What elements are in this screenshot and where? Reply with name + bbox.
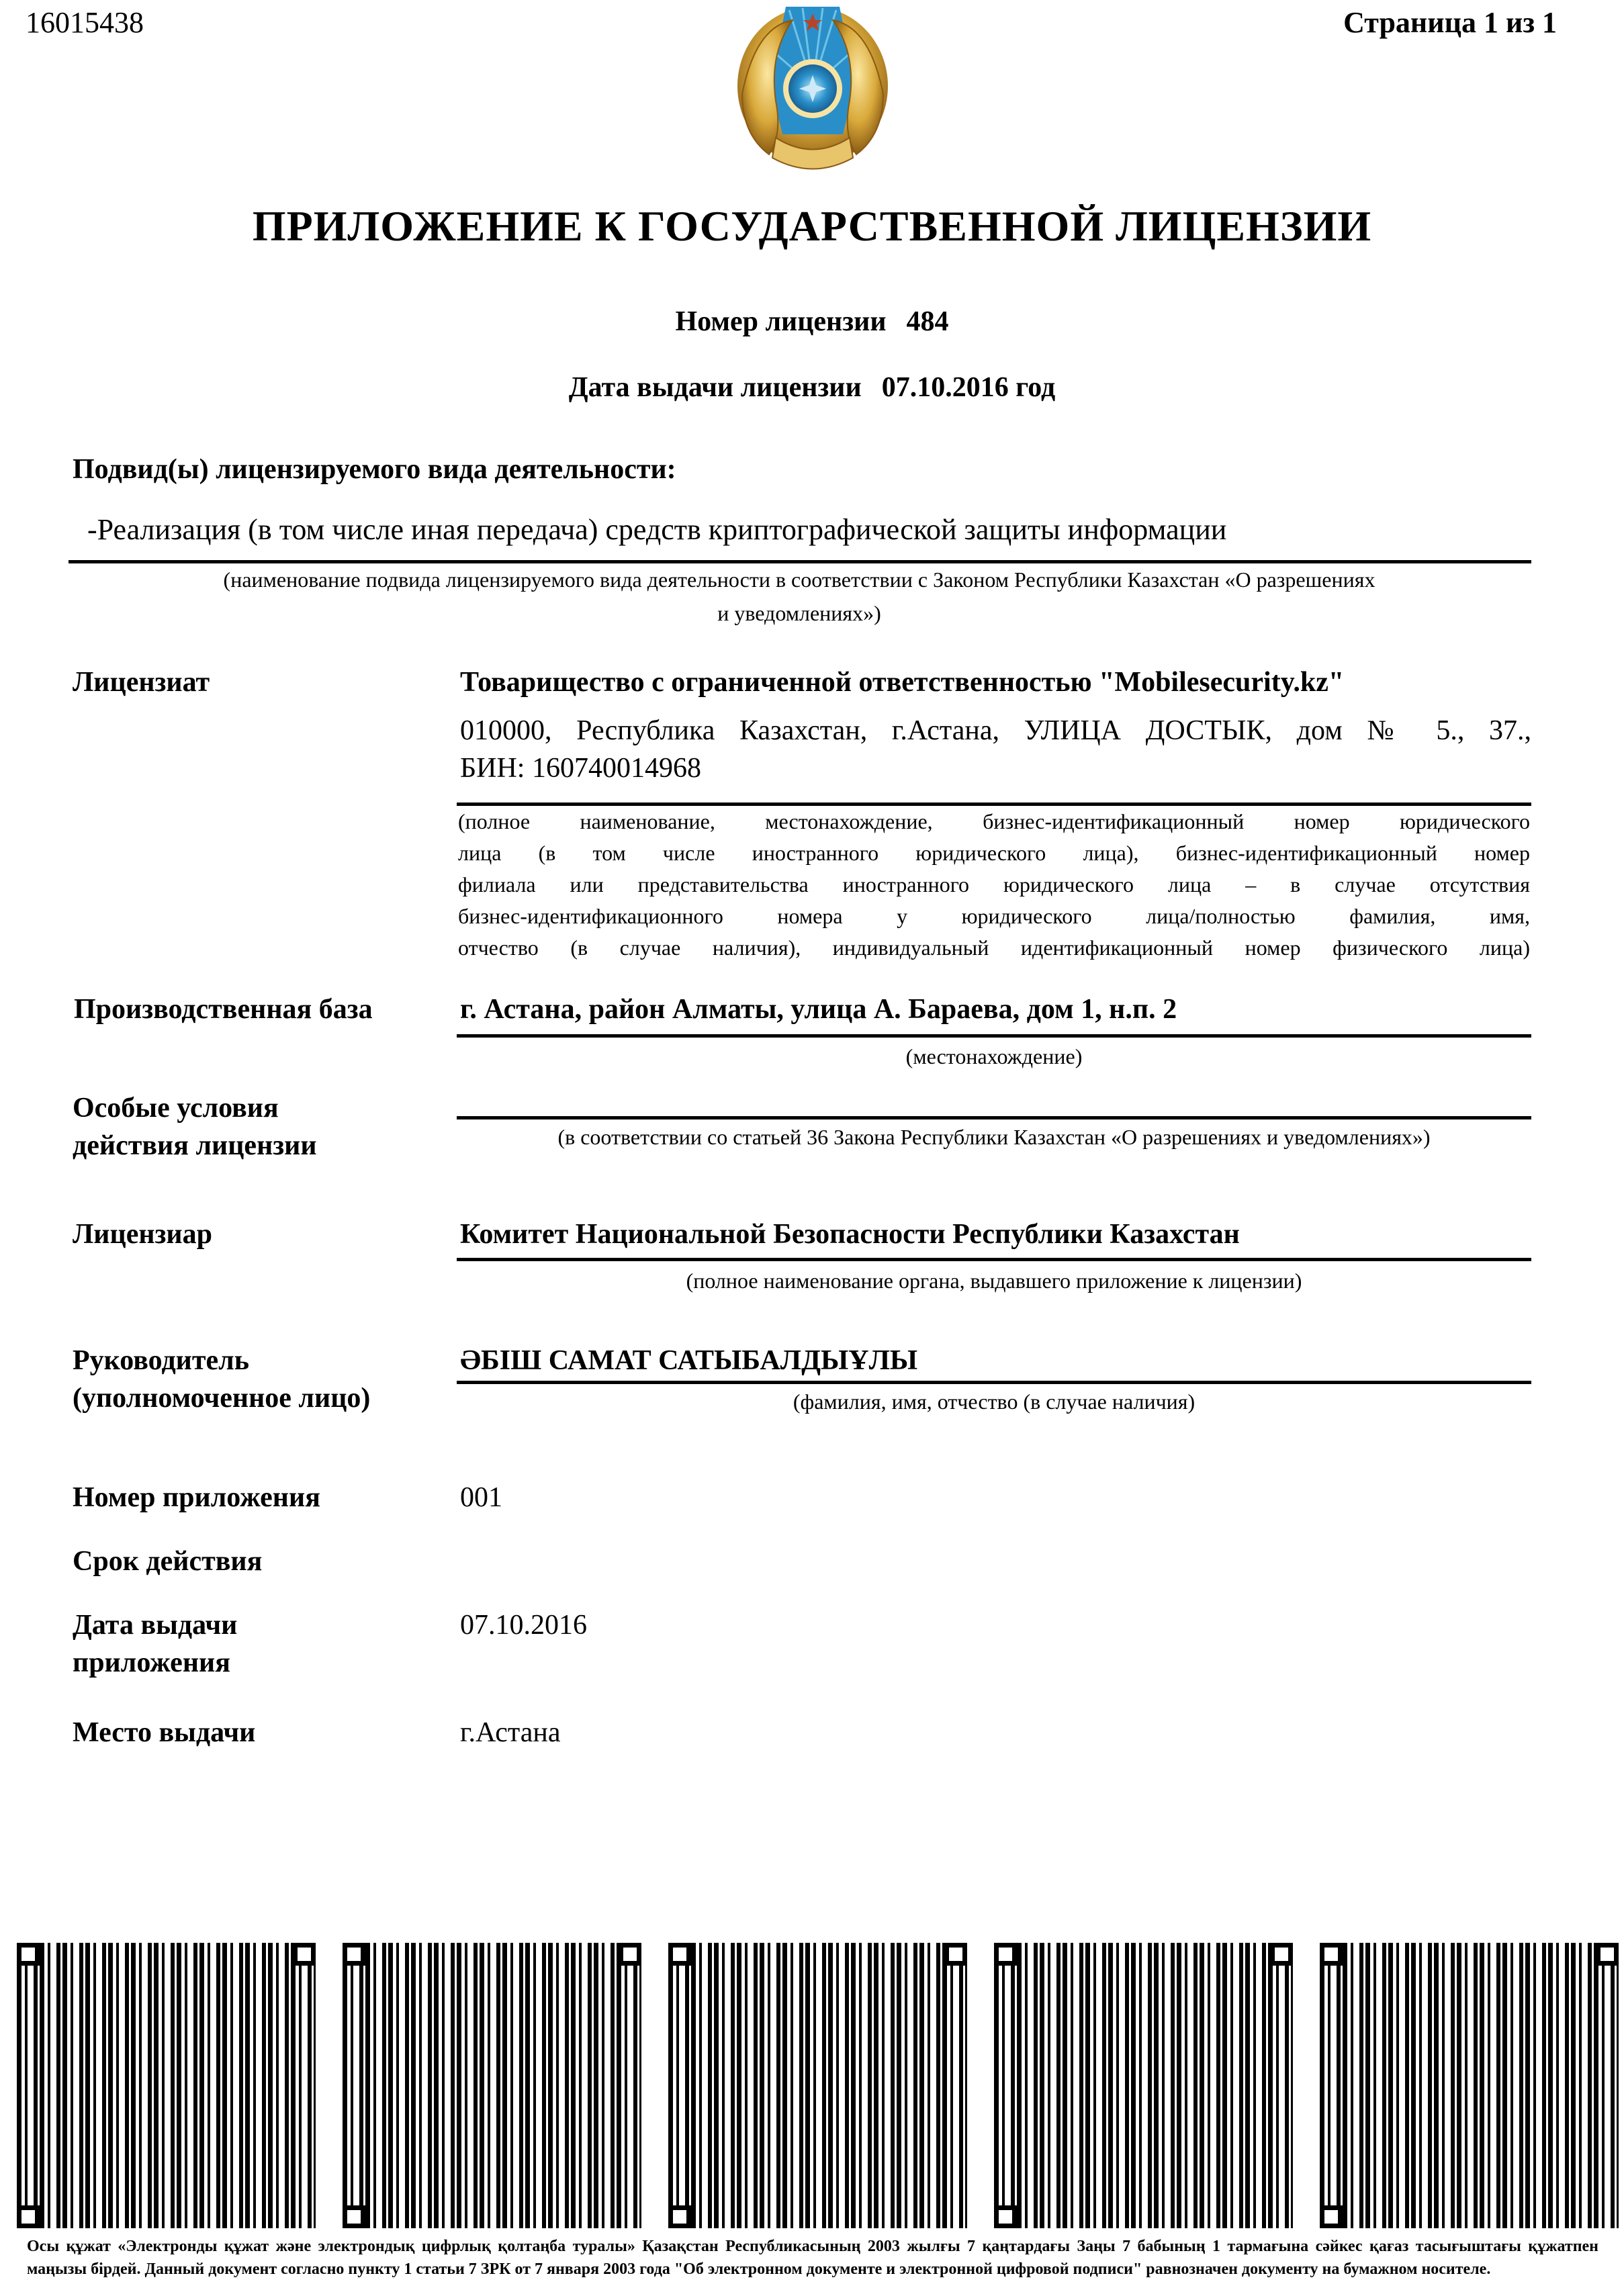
special-conditions-label-line2: действия лицензии [73,1127,317,1164]
production-base-caption: (местонахождение) [457,1040,1531,1073]
production-base-label: Производственная база [74,991,373,1028]
licensor-value: Комитет Национальной Безопасности Респуб… [460,1216,1240,1253]
qr-code-4 [994,1943,1293,2228]
document-id: 16015438 [26,5,144,40]
licensee-bin: БИН: 160740014968 [460,749,701,787]
qr-finder-pattern [668,2205,691,2228]
page-title: ПРИЛОЖЕНИЕ К ГОСУДАРСТВЕННОЙ ЛИЦЕНЗИИ [0,201,1624,251]
qr-code-3 [668,1943,967,2228]
annex-date-label-line1: Дата выдачи [73,1606,237,1644]
annex-term-label: Срок действия [73,1543,262,1580]
annex-place-value: г.Астана [460,1714,561,1751]
licensee-caption-line: филиала или представительства иностранно… [458,869,1530,901]
footer-legal-line2: маңызы бірдей. Данный документ согласно … [27,2258,1598,2281]
annex-date-label: Дата выдачи приложения [73,1606,237,1682]
divider [457,1034,1531,1038]
footer-legal-line1: Осы құжат «Электронды құжат және электро… [27,2235,1598,2258]
divider [457,1381,1531,1384]
special-conditions-label: Особые условия действия лицензии [73,1089,317,1164]
state-emblem-icon [729,0,897,181]
annex-place-label: Место выдачи [73,1714,255,1751]
head-label-line1: Руководитель [73,1342,370,1379]
head-label-line2: (уполномоченное лицо) [73,1379,370,1417]
qr-finder-pattern [994,2205,1017,2228]
subtypes-heading: Подвид(ы) лицензируемого вида деятельнос… [73,453,676,486]
licensee-caption-line: лица (в том числе иностранного юридическ… [458,837,1530,869]
licensee-address: 010000, Республика Казахстан, г.Астана, … [460,712,1531,749]
bullet: - [87,513,97,546]
licensee-label: Лицензиат [73,663,210,701]
qr-finder-pattern [17,2205,40,2228]
head-label: Руководитель (уполномоченное лицо) [73,1342,370,1417]
qr-code-5 [1320,1943,1619,2228]
production-base-value: г. Астана, район Алматы, улица А. Бараев… [460,991,1177,1028]
annex-number-label: Номер приложения [73,1479,320,1516]
licensee-caption-line: (полное наименование, местонахождение, б… [458,806,1530,837]
qr-code-1 [17,1943,316,2228]
license-number-value: 484 [907,306,949,337]
qr-code-2 [343,1943,641,2228]
annex-date-value: 07.10.2016 [460,1606,587,1644]
license-date-label: Дата выдачи лицензии [569,372,862,403]
annex-number-value: 001 [460,1479,502,1516]
license-number-row: Номер лицензии484 [0,306,1624,338]
annex-date-label-line2: приложения [73,1644,237,1682]
license-date-value: 07.10.2016 год [882,372,1056,403]
licensee-name: Товарищество с ограниченной ответственно… [460,663,1344,701]
qr-finder-pattern [1320,2205,1343,2228]
special-conditions-caption: (в соответствии со статьей 36 Закона Рес… [457,1120,1531,1154]
head-caption: (фамилия, имя, отчество (в случае наличи… [457,1385,1531,1418]
page-indicator: Страница 1 из 1 [1343,5,1557,40]
licensor-caption: (полное наименование органа, выдавшего п… [457,1264,1531,1297]
licensee-caption-line: отчество (в случае наличия), индивидуаль… [458,932,1530,964]
licensee-caption: (полное наименование, местонахождение, б… [458,806,1530,964]
qr-finder-pattern [343,2205,365,2228]
subtypes-caption-line1: (наименование подвида лицензируемого вид… [67,563,1531,596]
activity-text: Реализация (в том числе иная передача) с… [97,513,1227,546]
subtypes-caption-line2: и уведомлениях») [67,596,1531,630]
license-number-label: Номер лицензии [675,306,886,337]
subtypes-caption: (наименование подвида лицензируемого вид… [67,563,1531,630]
activity-item: -Реализация (в том числе иная передача) … [87,512,1226,547]
divider [457,1258,1531,1261]
license-date-row: Дата выдачи лицензии07.10.2016 год [0,371,1624,404]
head-value: ӘБІШ САМАТ САТЫБАЛДЫҰЛЫ [460,1342,917,1379]
licensee-caption-line: бизнес-идентификационного номера у юриди… [458,901,1530,932]
licensor-label: Лицензиар [73,1216,212,1253]
special-conditions-label-line1: Особые условия [73,1089,317,1127]
divider [457,1116,1531,1119]
